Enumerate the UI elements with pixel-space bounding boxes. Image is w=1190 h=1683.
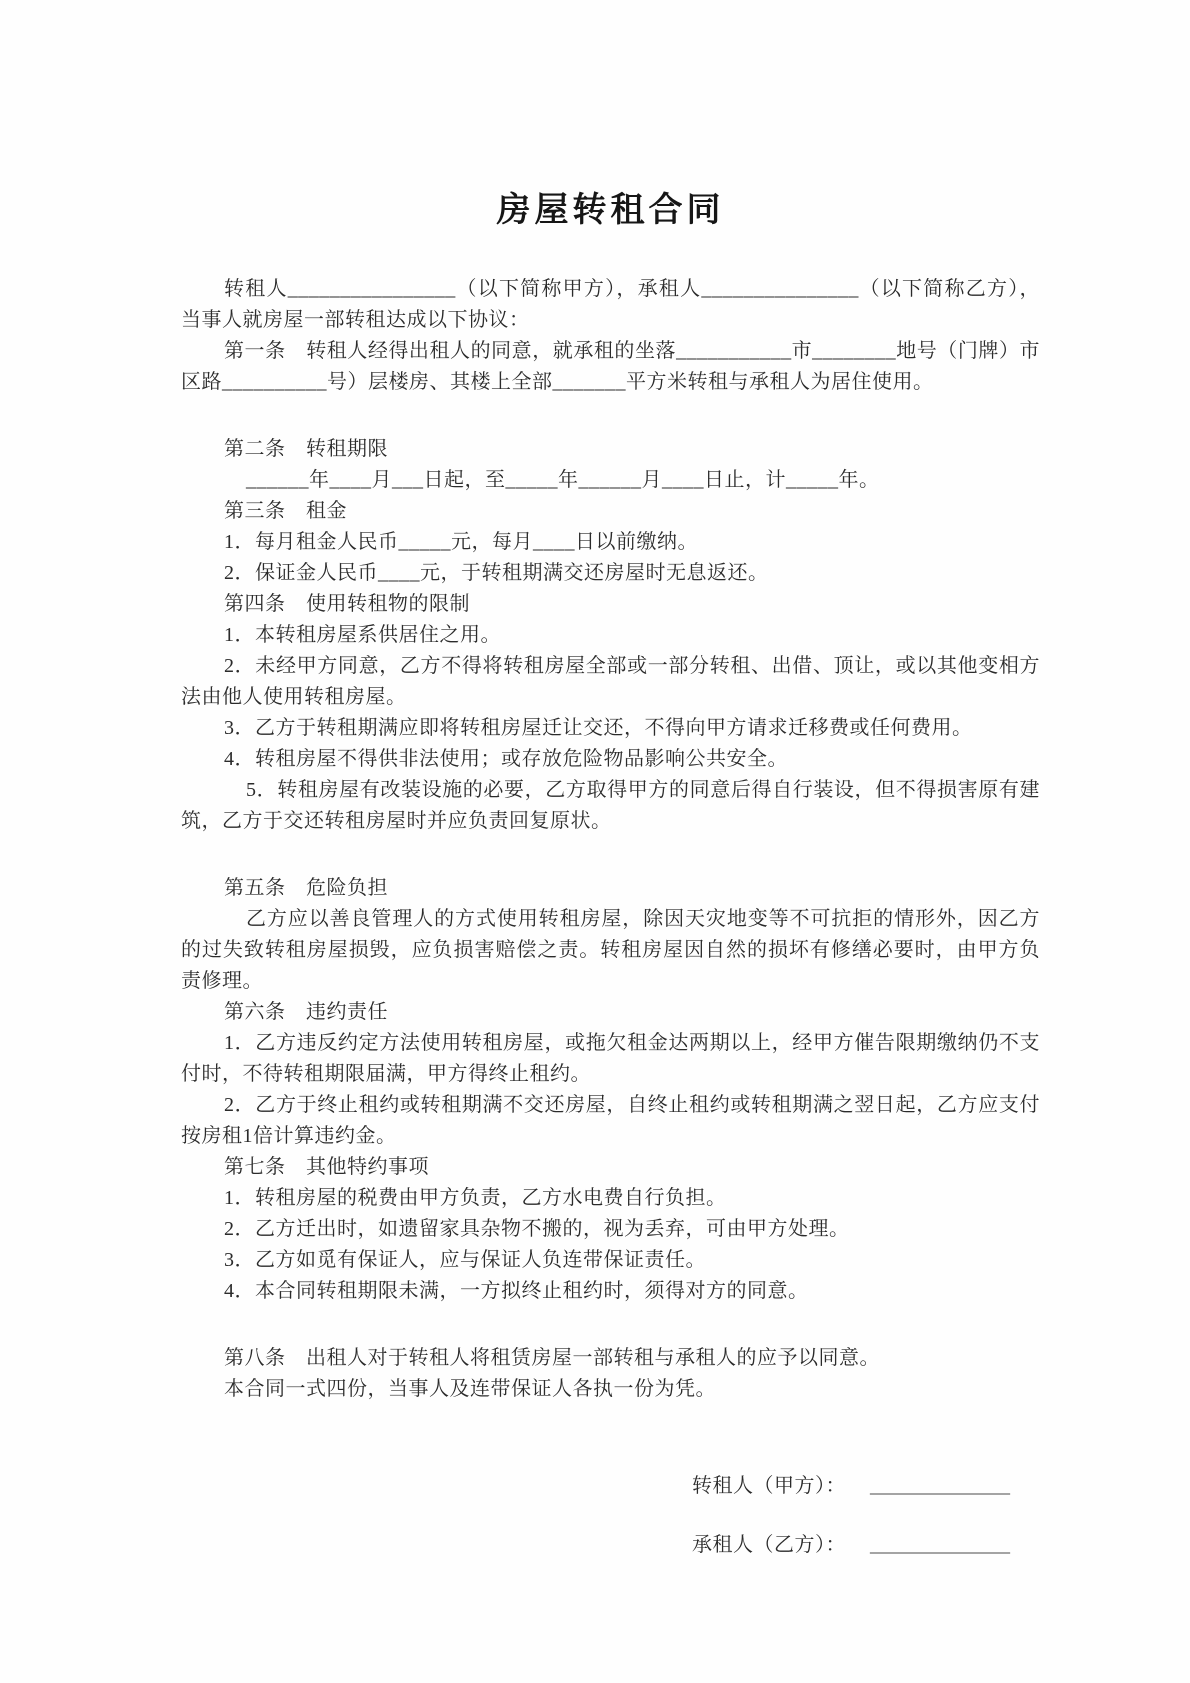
contract-paragraph: 本合同一式四份，当事人及连带保证人各执一份为凭。 <box>181 1374 1040 1405</box>
contract-paragraph: 第二条 转租期限 <box>181 434 1040 465</box>
contract-paragraph: 1．转租房屋的税费由甲方负责，乙方水电费自行负担。 <box>181 1183 1040 1214</box>
document-title: 房屋转租合同 <box>181 192 1040 230</box>
contract-paragraph: 2．乙方迁出时，如遗留家具杂物不搬的，视为丢弃，可由甲方处理。 <box>181 1214 1040 1245</box>
contract-paragraph: 4．本合同转租期限未满，一方拟终止租约时，须得对方的同意。 <box>181 1276 1040 1307</box>
contract-paragraph: 第八条 出租人对于转租人将租赁房屋一部转租与承租人的应予以同意。 <box>181 1343 1040 1374</box>
contract-paragraph: 第六条 违约责任 <box>181 997 1040 1028</box>
contract-paragraph: 2．保证金人民币____元，于转租期满交还房屋时无息返还。 <box>181 558 1040 589</box>
contract-paragraph: 2．乙方于终止租约或转租期满不交还房屋，自终止租约或转租期满之翌日起，乙方应支付… <box>181 1090 1040 1152</box>
contract-body: 转租人________________（以下简称甲方），承租人_________… <box>181 274 1040 1405</box>
signature-blank-party-b: ______________ <box>870 1530 1010 1561</box>
contract-paragraph: 第三条 租金 <box>181 496 1040 527</box>
contract-paragraph: 5．转租房屋有改装设施的必要，乙方取得甲方的同意后得自行装设，但不得损害原有建筑… <box>181 775 1040 837</box>
contract-paragraph: 2．未经甲方同意，乙方不得将转租房屋全部或一部分转租、出借、顶让，或以其他变相方… <box>181 651 1040 713</box>
signature-blank-party-a: ______________ <box>870 1471 1010 1502</box>
contract-paragraph: 转租人________________（以下简称甲方），承租人_________… <box>181 274 1040 336</box>
contract-paragraph: 3．乙方于转租期满应即将转租房屋迁让交还，不得向甲方请求迁移费或任何费用。 <box>181 713 1040 744</box>
contract-paragraph: 第五条 危险负担 <box>181 873 1040 904</box>
contract-page: 房屋转租合同 转租人________________（以下简称甲方），承租人__… <box>0 0 1190 1683</box>
signature-row-party-b: 承租人（乙方）：______________ <box>692 1530 1040 1561</box>
contract-paragraph: 第一条 转租人经得出租人的同意，就承租的坐落___________市______… <box>181 336 1040 398</box>
contract-paragraph: 乙方应以善良管理人的方式使用转租房屋，除因天灾地变等不可抗拒的情形外，因乙方的过… <box>181 904 1040 997</box>
signature-row-party-a: 转租人（甲方）：______________ <box>692 1471 1040 1502</box>
contract-paragraph: 3．乙方如觅有保证人，应与保证人负连带保证责任。 <box>181 1245 1040 1276</box>
contract-paragraph: 第四条 使用转租物的限制 <box>181 589 1040 620</box>
contract-paragraph: 1．每月租金人民币_____元，每月____日以前缴纳。 <box>181 527 1040 558</box>
contract-paragraph: 第七条 其他特约事项 <box>181 1152 1040 1183</box>
contract-paragraph: 4．转租房屋不得供非法使用；或存放危险物品影响公共安全。 <box>181 744 1040 775</box>
contract-paragraph: 1．本转租房屋系供居住之用。 <box>181 620 1040 651</box>
contract-paragraph: 1．乙方违反约定方法使用转租房屋，或拖欠租金达两期以上，经甲方催告限期缴纳仍不支… <box>181 1028 1040 1090</box>
signature-block: 转租人（甲方）：______________ 承租人（乙方）：_________… <box>692 1471 1040 1561</box>
contract-paragraph: ______年____月___日起，至_____年______月____日止，计… <box>181 465 1040 496</box>
signature-label-party-a: 转租人（甲方）： <box>692 1475 846 1497</box>
signature-label-party-b: 承租人（乙方）： <box>692 1534 846 1556</box>
